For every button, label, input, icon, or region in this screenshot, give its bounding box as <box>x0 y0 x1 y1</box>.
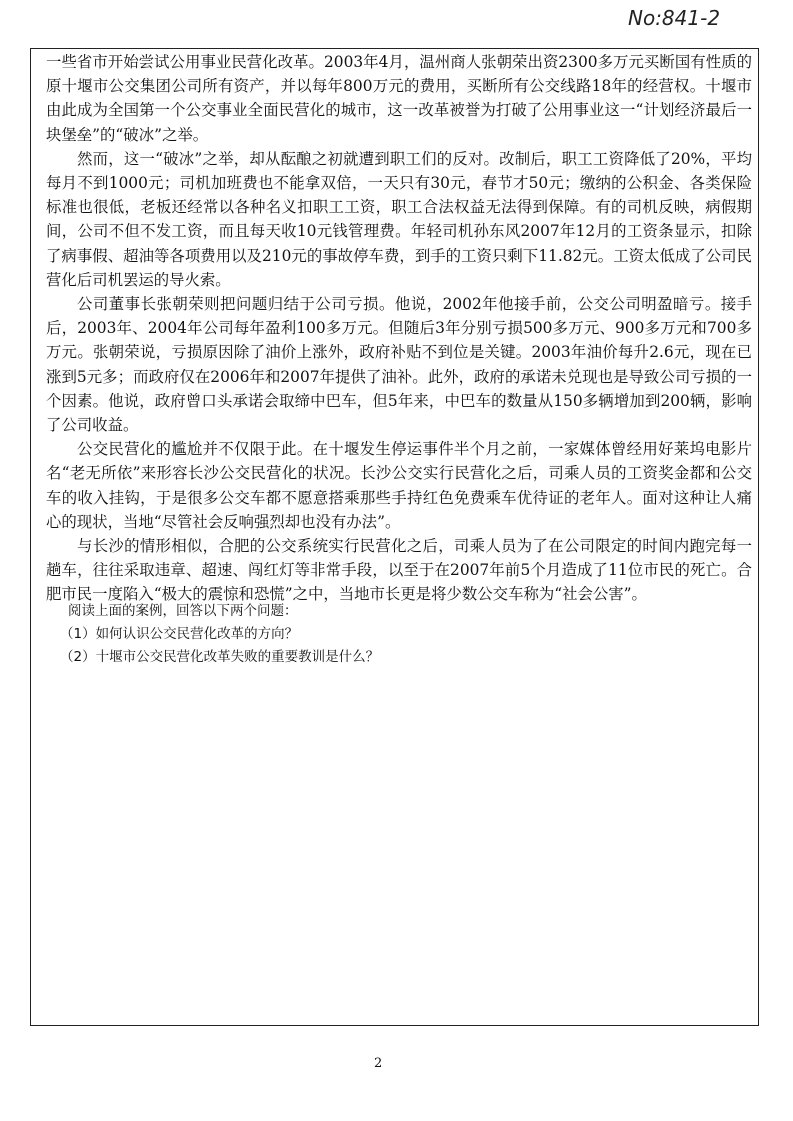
paragraph: 与长沙的情形相似，合肥的公交系统实行民营化之后，司乘人员为了在公司限定的时间内跑… <box>46 534 752 607</box>
questions-intro: 阅读上面的案例，回答以下两个问题： <box>60 600 740 623</box>
questions-section: 阅读上面的案例，回答以下两个问题： （1）如何认识公交民营化改革的方向？ （2）… <box>60 600 740 669</box>
paragraph: 公交民营化的尴尬并不仅限于此。在十堰发生停运事件半个月之前，一家媒体曾经用好莱坞… <box>46 437 752 534</box>
question-item: （2）十堰市公交民营化改革失败的重要教训是什么？ <box>60 646 740 669</box>
paragraph: 一些省市开始尝试公用事业民营化改革。2003年4月，温州商人张朝荣出资2300多… <box>46 50 752 147</box>
paragraph: 公司董事长张朝荣则把问题归结于公司亏损。他说，2002年他接手前，公交公司明盈暗… <box>46 292 752 437</box>
page-number: 2 <box>374 1056 382 1071</box>
document-number: No:841-2 <box>628 6 720 30</box>
question-item: （1）如何认识公交民营化改革的方向？ <box>60 623 740 646</box>
case-text: 一些省市开始尝试公用事业民营化改革。2003年4月，温州商人张朝荣出资2300多… <box>46 50 752 607</box>
paragraph: 然而，这一“破冰”之举，却从酝酿之初就遭到职工们的反对。改制后，职工工资降低了2… <box>46 147 752 292</box>
